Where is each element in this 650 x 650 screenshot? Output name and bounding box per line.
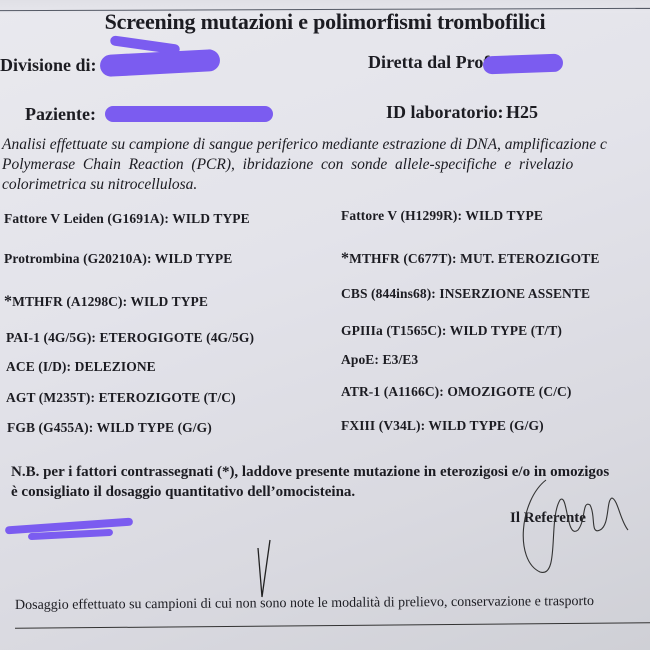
handwritten-signature (0, 0, 650, 650)
